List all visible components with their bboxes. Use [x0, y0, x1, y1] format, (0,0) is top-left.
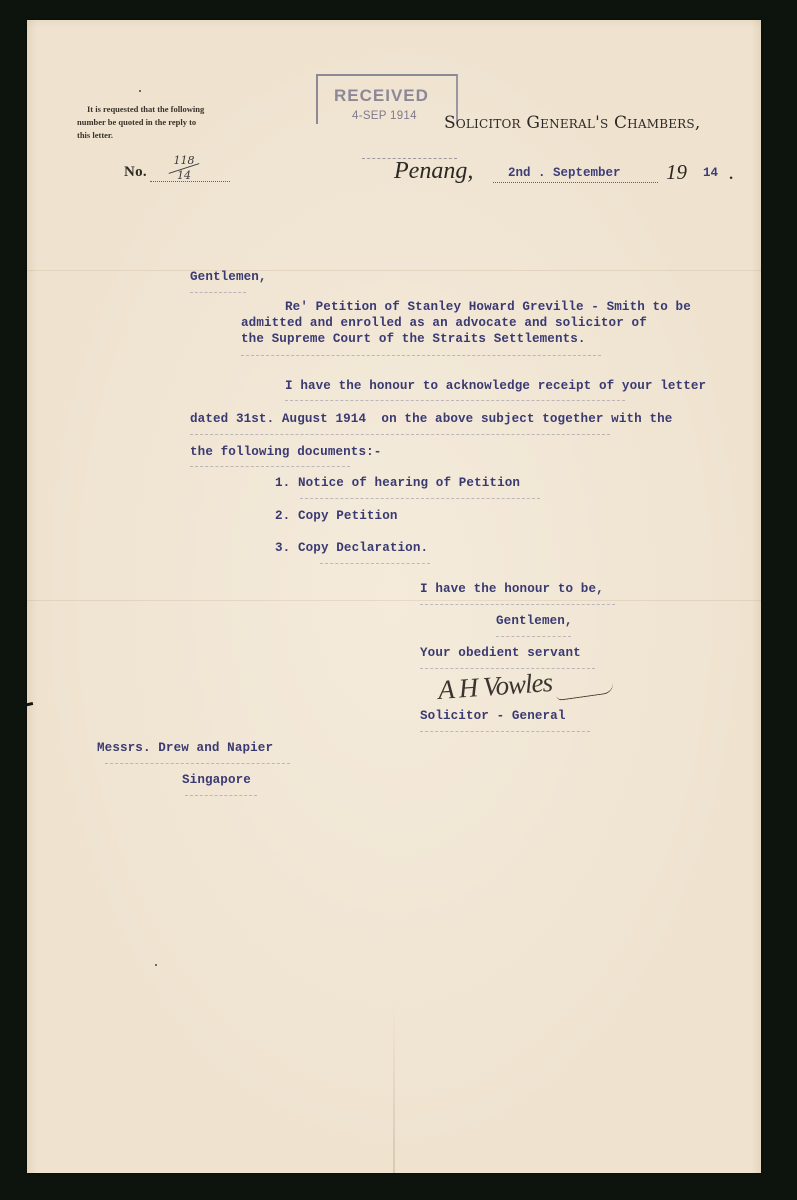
request-note-line: number be quoted in the reply to [77, 116, 257, 129]
salutation: Gentlemen, [190, 270, 267, 284]
paper-tear [23, 702, 33, 707]
ink-speck [155, 964, 157, 966]
fold-crease-vertical [393, 1000, 395, 1173]
subject-line: Re' Petition of Stanley Howard Greville … [285, 300, 691, 314]
type-underline [496, 636, 571, 637]
type-underline [420, 604, 615, 605]
fold-crease [27, 600, 761, 601]
type-underline [241, 355, 601, 356]
type-underline [190, 466, 350, 467]
document-list-item: 2. Copy Petition [275, 509, 398, 523]
type-underline [320, 563, 430, 564]
closing-line: Your obedient servant [420, 646, 581, 660]
letter-date: 2nd . September [508, 166, 621, 180]
subject-line: admitted and enrolled as an advocate and… [241, 316, 647, 330]
type-underline [420, 668, 595, 669]
office-name: Solicitor General's Chambers, [444, 113, 700, 133]
document-list-item: 1. Notice of hearing of Petition [275, 476, 520, 490]
addressee-city: Singapore [182, 773, 251, 787]
type-underline [185, 795, 257, 796]
document-list-item: 3. Copy Declaration. [275, 541, 428, 555]
reference-number-handwritten: 118 14 [168, 156, 200, 181]
stamp-title: RECEIVED [334, 86, 429, 106]
type-underline [190, 434, 610, 435]
request-note-line: It is requested that the following [77, 103, 257, 116]
subject-line: the Supreme Court of the Straits Settlem… [241, 332, 586, 346]
year-printed-prefix: 19 [666, 160, 687, 185]
date-dotted-line [493, 182, 658, 183]
letter-page [27, 20, 761, 1173]
year-trailing-period: . [729, 160, 734, 185]
year-typed-suffix: 14 [703, 166, 718, 180]
paragraph-line: dated 31st. August 1914 on the above sub… [190, 412, 672, 426]
paragraph-line: the following documents:- [190, 445, 381, 459]
fold-crease [27, 270, 761, 271]
type-underline [105, 763, 290, 764]
closing-line: I have the honour to be, [420, 582, 604, 596]
type-underline [190, 292, 246, 293]
request-note-line: this letter. [77, 129, 257, 142]
closing-line: Gentlemen, [496, 614, 573, 628]
addressee-name: Messrs. Drew and Napier [97, 741, 273, 755]
place-name: Penang, [394, 158, 473, 185]
type-underline [285, 400, 625, 401]
stamp-date: 4-SEP 1914 [352, 110, 417, 122]
type-underline [300, 498, 540, 499]
reference-number-label: No. [124, 164, 147, 181]
type-underline [420, 731, 590, 732]
received-stamp: RECEIVED 4-SEP 1914 [316, 74, 458, 124]
signatory-title: Solicitor - General [420, 709, 566, 723]
paragraph-line: I have the honour to acknowledge receipt… [285, 379, 706, 393]
ink-speck [139, 90, 141, 92]
reference-request-note: It is requested that the following numbe… [77, 103, 257, 142]
